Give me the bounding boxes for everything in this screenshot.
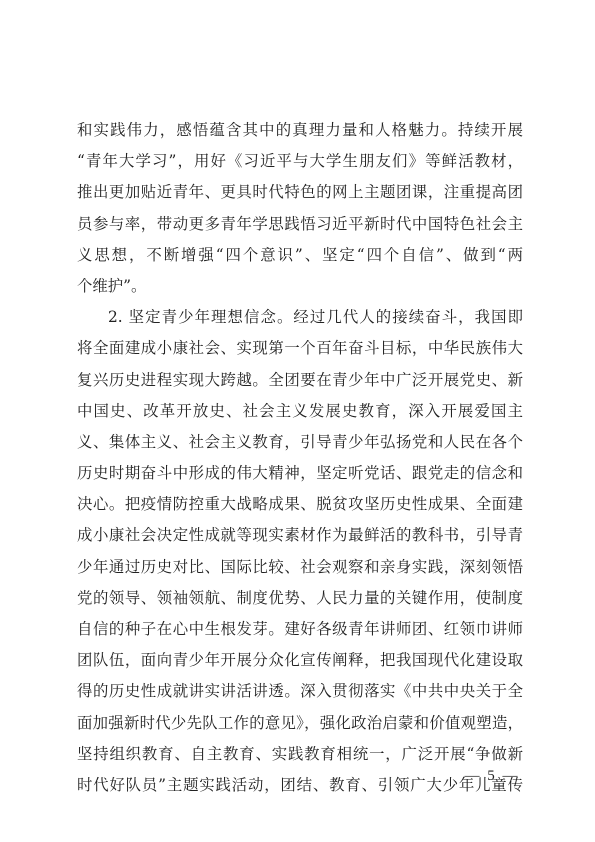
text-line: 2. 坚定青少年理想信念。经过几代人的接续奋斗，我国即 [77,302,523,333]
text-line: 义、集体主义、社会主义教育，引导青少年弘扬党和人民在各个 [77,427,523,458]
text-line: 和实践伟力，感悟蕴含其中的真理力量和人格魅力。持续开展 [77,115,523,146]
body-text: 和实践伟力，感悟蕴含其中的真理力量和人格魅力。持续开展 “青年大学习”，用好《习… [77,115,523,801]
text-line: 中国史、改革开放史、社会主义发展史教育，深入开展爱国主 [77,396,523,427]
text-line: 少年通过历史对比、国际比较、社会观察和亲身实践，深刻领悟 [77,552,523,583]
paragraph-1: 和实践伟力，感悟蕴含其中的真理力量和人格魅力。持续开展 “青年大学习”，用好《习… [77,115,523,302]
text-line: 推出更加贴近青年、更具时代特色的网上主题团课，注重提高团 [77,177,523,208]
text-line: 团队伍，面向青少年开展分众化宣传阐释，把我国现代化建设取 [77,645,523,676]
text-line: 个维护”。 [77,271,523,302]
text-line: 坚持组织教育、自主教育、实践教育相统一，广泛开展“争做新 [77,739,523,770]
text-line: 时代好队员”主题实践活动，团结、教育、引领广大少年儿童传 [77,770,523,801]
text-line: “青年大学习”，用好《习近平与大学生朋友们》等鲜活教材， [77,146,523,177]
text-line: 员参与率，带动更多青年学思践悟习近平新时代中国特色社会主 [77,209,523,240]
document-page: 和实践伟力，感悟蕴含其中的真理力量和人格魅力。持续开展 “青年大学习”，用好《习… [0,0,595,842]
paragraph-2: 2. 坚定青少年理想信念。经过几代人的接续奋斗，我国即 将全面建成小康社会、实现… [77,302,523,801]
text-line: 得的历史性成就讲实讲活讲透。深入贯彻落实《中共中央关于全 [77,676,523,707]
text-line: 自信的种子在心中生根发芽。建好各级青年讲师团、红领巾讲师 [77,614,523,645]
text-line: 将全面建成小康社会、实现第一个百年奋斗目标，中华民族伟大 [77,333,523,364]
text-line: 党的领导、领袖领航、制度优势、人民力量的关键作用，使制度 [77,583,523,614]
text-line: 成小康社会决定性成就等现实素材作为最鲜活的教科书，引导青 [77,520,523,551]
text-line: 面加强新时代少先队工作的意见》，强化政治启蒙和价值观塑造， [77,708,523,739]
text-line: 历史时期奋斗中形成的伟大精神，坚定听党话、跟党走的信念和 [77,458,523,489]
text-line: 义思想，不断增强“四个意识”、坚定“四个自信”、做到“两 [77,240,523,271]
text-line: 复兴历史进程实现大跨越。全团要在青少年中广泛开展党史、新 [77,365,523,396]
text-line: 决心。把疫情防控重大战略成果、脱贫攻坚历史性成果、全面建 [77,489,523,520]
page-number: — 5 — [462,768,522,785]
